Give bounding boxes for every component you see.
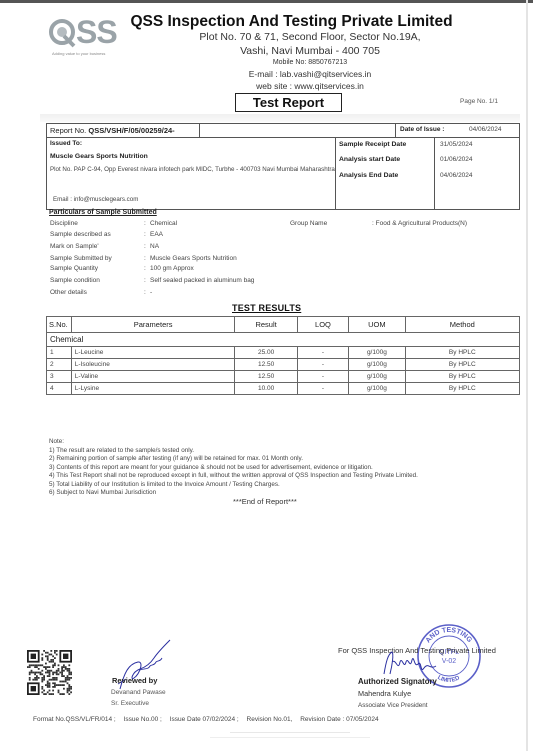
notes-title: Note: [49,438,418,447]
cell-parameter: L-Isoleucine [71,359,235,371]
test-results-title: TEST RESULTS [232,303,301,313]
separator: : [144,255,146,262]
table-row: 1L-Leucine25.00-g/100gBy HPLC [47,347,520,359]
particular-key: Sample condition [50,277,100,284]
customer-name: Muscle Gears Sports Nutrition [50,153,148,160]
logo-tagline: Adding value to your business [52,51,105,56]
company-email: E-mail : lab.vashi@qitservices.in [160,69,460,79]
separator: : [144,289,146,296]
qr-code-icon [27,650,72,695]
reviewer-signature-icon [110,634,180,694]
note-item: 2) Remaining portion of sample after tes… [49,455,418,464]
customer-email: Email : info@musclegears.com [53,196,138,203]
sample-receipt-date-value: 31/05/2024 [440,141,473,148]
table-row: 3L-Valine12.50-g/100gBy HPLC [47,371,520,383]
document-title: Test Report [235,93,342,112]
signatory-title: Associate Vice President [358,702,428,709]
results-table: S.No. Parameters Result LOQ UOM Method C… [46,316,520,395]
cell-method: By HPLC [405,359,519,371]
sample-receipt-date-label: Sample Receipt Date [339,141,406,148]
cell-sno: 3 [47,371,72,383]
cell-sno: 4 [47,383,72,395]
separator: : [144,220,146,227]
reviewer-name: Devanand Pawase [111,689,166,696]
cell-loq: - [297,359,348,371]
footer: Format No.QSS/VL/FR/014 ; Issue No.00 ; … [33,716,385,723]
divider [199,124,200,137]
particular-key: Other details [50,289,87,296]
issue-no: Issue No.00 ; [124,716,162,723]
divider [395,124,396,137]
cell-result: 12.50 [235,359,297,371]
category-row: Chemical [47,333,520,347]
reviewer-title: Sr. Executive [111,700,149,707]
reviewed-by-label: Reviewed by [112,676,157,685]
report-number: Report No. QSS/VSH/F/05/00259/24- [50,126,175,135]
group-name-label: Group Name [290,220,327,227]
scan-artifact [230,732,350,733]
group-name-value: : Food & Agricultural Products(N) [372,220,467,227]
note-item: 1) The result are related to the sample/… [49,447,418,456]
report-info-box: Report No. QSS/VSH/F/05/00259/24- Date o… [46,123,520,210]
date-of-issue-label: Date of Issue : [400,126,444,133]
analysis-start-date-label: Analysis start Date [339,156,400,163]
table-row: 4L-Lysine10.00-g/100gBy HPLC [47,383,520,395]
particulars-title: Particulars of Sample Submitted [49,209,157,216]
col-parameters: Parameters [71,317,235,333]
cell-uom: g/100g [349,347,405,359]
issued-to-label: Issued To: [50,140,82,147]
address-line-1: Plot No. 70 & 71, Second Floor, Sector N… [160,31,460,43]
cell-uom: g/100g [349,371,405,383]
analysis-end-date-value: 04/06/2024 [440,172,473,179]
note-item: 3) Contents of this report are meant for… [49,464,418,473]
signatory-signature-icon [380,648,450,678]
cell-method: By HPLC [405,347,519,359]
cell-method: By HPLC [405,383,519,395]
note-item: 5) Total Liability of our Institution is… [49,481,418,490]
particular-value: 100 gm Approx [150,265,194,272]
col-method: Method [405,317,519,333]
note-item: 4) This Test Report shall not be reprodu… [49,472,418,481]
page-number: Page No. 1/1 [460,98,498,105]
notes: Note: 1) The result are related to the s… [49,438,418,498]
particular-value: Muscle Gears Sports Nutrition [150,255,237,262]
separator: : [144,265,146,272]
customer-address: Plot No. PAP C-94, Opp Everest nivara in… [50,165,335,175]
cell-uom: g/100g [349,359,405,371]
col-uom: UOM [349,317,405,333]
analysis-start-date-value: 01/06/2024 [440,156,473,163]
cell-uom: g/100g [349,383,405,395]
cell-loq: - [297,347,348,359]
particular-value: EAA [150,231,163,238]
particular-key: Sample Quantity [50,265,98,272]
scan-top-edge [0,0,533,3]
revision-no: Revision No.01, [247,716,293,723]
cell-parameter: L-Leucine [71,347,235,359]
cell-parameter: L-Lysine [71,383,235,395]
particular-value: Self sealed packed in aluminum bag [150,277,254,284]
separator: : [144,243,146,250]
scan-shade [40,114,520,122]
report-number-row: Report No. QSS/VSH/F/05/00259/24- Date o… [47,124,519,138]
cell-result: 10.00 [235,383,297,395]
divider [434,137,435,210]
notes-list: 1) The result are related to the sample/… [49,447,418,498]
cell-sno: 2 [47,359,72,371]
particular-key: Sample described as [50,231,111,238]
table-row: 2L-Isoleucine12.50-g/100gBy HPLC [47,359,520,371]
date-of-issue-value: 04/06/2024 [469,126,502,133]
company-website: web site : www.qitservices.in [160,81,460,91]
particular-value: NA [150,243,159,250]
format-no: Format No.QSS/VL/FR/014 ; [33,716,116,723]
divider [335,137,336,210]
separator: : [144,277,146,284]
separator: : [144,231,146,238]
company-name: QSS Inspection And Testing Private Limit… [0,13,533,31]
revision-date: Revision Date : 07/05/2024 [300,716,378,723]
cell-loq: - [297,371,348,383]
scan-right-edge [526,0,528,751]
mobile-number: Mobile No: 8850767213 [160,59,460,66]
end-of-report: ***End of Report*** [233,497,297,506]
category-label: Chemical [47,333,520,347]
col-result: Result [235,317,297,333]
particular-value: Chemical [150,220,177,227]
particular-key: Discipline [50,220,78,227]
particular-value: - [150,289,152,296]
col-sno: S.No. [47,317,72,333]
cell-method: By HPLC [405,371,519,383]
col-loq: LOQ [297,317,348,333]
scan-artifact [210,737,370,738]
particular-key: Mark on Sample' [50,243,99,250]
cell-result: 12.50 [235,371,297,383]
table-header-row: S.No. Parameters Result LOQ UOM Method [47,317,520,333]
cell-sno: 1 [47,347,72,359]
particular-key: Sample Submitted by [50,255,112,262]
cell-parameter: L-Valine [71,371,235,383]
signatory-name: Mahendra Kulye [358,689,411,698]
issue-date: Issue Date 07/02/2024 ; [170,716,239,723]
authorized-signatory-label: Authorized Signatory [358,677,437,686]
address-line-2: Vashi, Navi Mumbai - 400 705 [160,45,460,57]
cell-loq: - [297,383,348,395]
cell-result: 25.00 [235,347,297,359]
analysis-end-date-label: Analysis End Date [339,172,398,179]
